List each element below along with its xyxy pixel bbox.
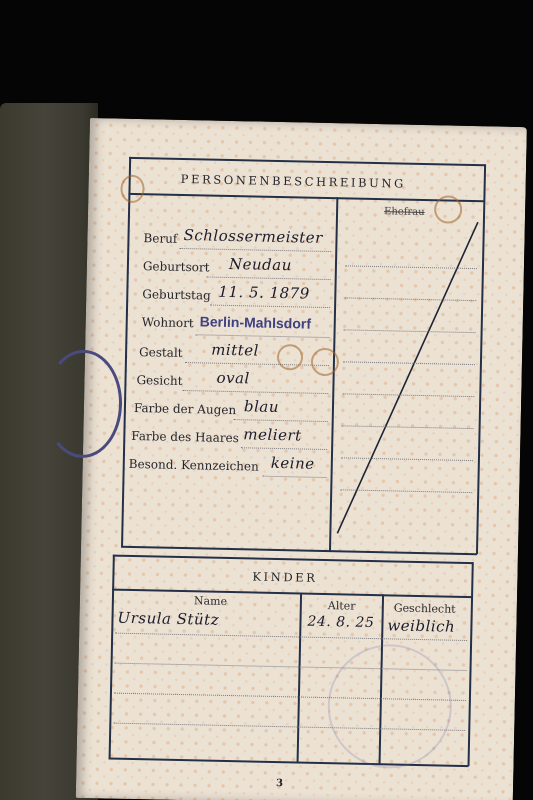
column-header-sex: Geschlecht bbox=[394, 601, 456, 615]
child-name: Ursula Stütz bbox=[117, 609, 219, 629]
child-age: 24. 8. 25 bbox=[307, 614, 374, 631]
heading-divider bbox=[128, 193, 484, 202]
frame-left bbox=[121, 157, 131, 547]
field-value-stamped: Berlin-Mahlsdorf bbox=[200, 313, 312, 331]
section-heading-children: KINDER bbox=[252, 570, 317, 585]
child-sex: weiblich bbox=[387, 616, 455, 635]
field-line bbox=[210, 305, 330, 309]
field-row-haare: Farbe des Haares meliert bbox=[90, 118, 527, 127]
field-row-wohnort: Wohnort Berlin-Mahlsdorf bbox=[90, 118, 527, 127]
field-label: Beruf bbox=[143, 231, 177, 246]
field-line bbox=[234, 419, 328, 422]
field-value: blau bbox=[244, 397, 279, 416]
field-row-kennzeichen: Besond. Kennzeichen keine bbox=[90, 118, 527, 127]
field-line bbox=[185, 362, 329, 366]
kinder-frame-top bbox=[113, 555, 473, 564]
frame-top bbox=[129, 157, 485, 166]
field-row-beruf: Beruf Schlossermeister bbox=[90, 118, 527, 127]
field-value: meliert bbox=[243, 425, 302, 444]
field-row-gestalt: Gestalt mittel bbox=[90, 118, 527, 127]
page-number: 3 bbox=[276, 778, 283, 789]
field-label: Geburtsort bbox=[143, 259, 210, 274]
field-label: Geburtstag bbox=[142, 287, 211, 302]
column-header-name: Name bbox=[194, 594, 227, 608]
field-value: 11. 5. 1879 bbox=[218, 283, 310, 303]
field-line bbox=[195, 334, 329, 338]
frame-bottom bbox=[121, 546, 477, 555]
field-row-geburtstag: Geburtstag 11. 5. 1879 bbox=[90, 118, 527, 127]
kinder-heading-divider bbox=[112, 589, 472, 598]
column-header-age: Alter bbox=[328, 599, 356, 613]
faint-stamp bbox=[326, 643, 453, 770]
table-row: Ursula Stütz 24. 8. 25 weiblich bbox=[90, 118, 527, 127]
official-stamp bbox=[43, 349, 123, 459]
field-label: Gestalt bbox=[139, 345, 183, 360]
field-line bbox=[182, 390, 328, 394]
rust-stain bbox=[277, 344, 304, 371]
field-row-gesicht: Gesicht oval bbox=[90, 118, 527, 127]
field-line bbox=[263, 476, 327, 478]
field-value: oval bbox=[216, 369, 250, 388]
field-value: mittel bbox=[211, 341, 259, 360]
kinder-frame-right bbox=[468, 562, 474, 766]
field-row-augen: Farbe der Augen blau bbox=[90, 118, 527, 127]
field-row-geburtsort: Geburtsort Neudau bbox=[90, 118, 527, 127]
field-label: Besond. Kennzeichen bbox=[129, 457, 259, 474]
passport-page: PERSONENBESCHREIBUNG Ehefrau Beruf Schlo… bbox=[76, 118, 527, 800]
field-value: keine bbox=[271, 454, 315, 473]
kinder-frame-left bbox=[109, 555, 115, 759]
field-label: Wohnort bbox=[142, 315, 194, 330]
strike-through-line bbox=[331, 213, 484, 546]
field-line bbox=[179, 248, 331, 252]
field-value: Schlossermeister bbox=[183, 226, 323, 247]
field-label: Gesicht bbox=[136, 373, 182, 388]
field-value: Neudau bbox=[229, 255, 292, 274]
rust-stain bbox=[120, 175, 145, 203]
kinder-col-divider bbox=[297, 593, 302, 763]
section-heading-personal: PERSONENBESCHREIBUNG bbox=[181, 172, 406, 191]
field-label: Farbe der Augen bbox=[134, 401, 237, 417]
field-line bbox=[207, 276, 331, 280]
field-label: Farbe des Haares bbox=[131, 429, 239, 445]
field-line bbox=[241, 447, 327, 450]
